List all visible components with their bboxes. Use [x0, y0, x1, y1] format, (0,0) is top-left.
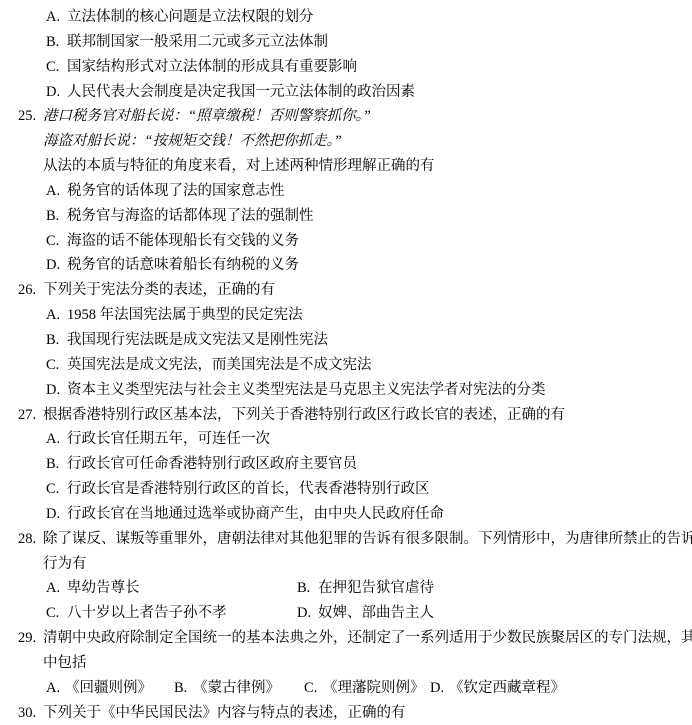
option-label: B. [46, 452, 67, 477]
option-label: C. [46, 55, 67, 80]
option-label: C. [46, 477, 67, 502]
option: A. 《回疆则例》 [46, 676, 174, 701]
option-label: A. [46, 179, 67, 204]
question-stem: 港口税务官对船长说：“照章缴税！否则警察抓你。” [43, 104, 692, 129]
option-row: C. 国家结构形式对立法体制的形成具有重要影响 [46, 55, 692, 80]
question-stem: 除了谋反、谋叛等重罪外，唐朝法律对其他犯罪的告诉有很多限制。下列情形中，为唐律所… [43, 527, 692, 552]
option-text: 联邦制国家一般采用二元或多元立法体制 [67, 30, 328, 55]
question-number: 27. [18, 403, 43, 527]
option-row: A. 税务官的话体现了法的国家意志性 [46, 179, 692, 204]
option-row: A. 立法体制的核心问题是立法权限的划分 [46, 5, 692, 30]
option-text: 八十岁以上者告子孙不孝 [67, 601, 227, 626]
option-label: D. [46, 80, 67, 105]
option-row: C. 海盗的话不能体现船长有交钱的义务 [46, 229, 692, 254]
option-row: D. 税务官的话意味着船长有纳税的义务 [46, 253, 692, 278]
option-text: 行政长官可任命香港特别行政区政府主要官员 [67, 452, 357, 477]
option-text: 奴婢、部曲告主人 [318, 601, 434, 626]
option-text: 人民代表大会制度是决定我国一元立法体制的政治因素 [67, 80, 415, 105]
option-text: 税务官的话意味着船长有纳税的义务 [67, 253, 299, 278]
option-text: 资本主义类型宪法与社会主义类型宪法是马克思主义宪法学者对宪法的分类 [67, 378, 546, 403]
question-stem: 海盗对船长说：“按规矩交钱！不然把你抓走。” [43, 129, 692, 154]
option-row: B. 联邦制国家一般采用二元或多元立法体制 [46, 30, 692, 55]
option-label: A. [46, 676, 65, 701]
option-row: D. 资本主义类型宪法与社会主义类型宪法是马克思主义宪法学者对宪法的分类 [46, 378, 692, 403]
option-row: C. 英国宪法是成文宪法，而美国宪法是不成文宪法 [46, 353, 692, 378]
option-text: 行政长官在当地通过选举或协商产生，由中央人民政府任命 [67, 502, 444, 527]
question-number: 28. [18, 527, 43, 626]
question-number: 29. [18, 626, 43, 701]
option-text: 行政长官任期五年，可连任一次 [67, 427, 270, 452]
option-text: 《回疆则例》 [65, 676, 152, 701]
option-label: B. [174, 676, 193, 701]
option-label: C. [46, 601, 67, 626]
option-row: A. 1958 年法国宪法属于典型的民定宪法 [46, 303, 692, 328]
option-row: B. 我国现行宪法既是成文宪法又是刚性宪法 [46, 328, 692, 353]
question-number: 26. [18, 278, 43, 402]
option-label: D. [46, 502, 67, 527]
option-row: B. 行政长官可任命香港特别行政区政府主要官员 [46, 452, 692, 477]
option-row: A. 卑幼告尊长 B. 在押犯告狱官虐待 [46, 576, 692, 601]
question-stem: 下列关于宪法分类的表述，正确的有 [43, 278, 692, 303]
question-stem: 清朝中央政府除制定全国统一的基本法典之外，还制定了一系列适用于少数民族聚居区的专… [43, 626, 692, 651]
option-label: C. [304, 676, 323, 701]
question-stem: 下列关于《中华民国民法》内容与特点的表述，正确的有 [43, 701, 692, 725]
option-row: A. 《回疆则例》 B. 《蒙古律例》 C. 《理藩院则例》 D. 《钦定西藏章… [46, 676, 692, 701]
option-text: 行政长官是香港特别行政区的首长，代表香港特别行政区 [67, 477, 430, 502]
option: A. 卑幼告尊长 [46, 576, 297, 601]
option-text: 税务官的话体现了法的国家意志性 [67, 179, 285, 204]
question-block-continued: A. 立法体制的核心问题是立法权限的划分 B. 联邦制国家一般采用二元或多元立法… [43, 5, 692, 104]
option-label: B. [46, 328, 67, 353]
question-stem: 从法的本质与特征的角度来看，对上述两种情形理解正确的有 [43, 154, 692, 179]
option-label: A. [46, 5, 67, 30]
question-stem: 根据香港特别行政区基本法，下列关于香港特别行政区行政长官的表述，正确的有 [43, 403, 692, 428]
option-text: 税务官与海盗的话都体现了法的强制性 [67, 204, 314, 229]
option-text: 海盗的话不能体现船长有交钱的义务 [67, 229, 299, 254]
option-text: 立法体制的核心问题是立法权限的划分 [67, 5, 314, 30]
option: D. 奴婢、部曲告主人 [297, 601, 434, 626]
option-label: A. [46, 576, 67, 601]
option: C. 《理藩院则例》 [304, 676, 430, 701]
question-number: 30. [18, 701, 43, 725]
option-text: 我国现行宪法既是成文宪法又是刚性宪法 [67, 328, 328, 353]
option-label: A. [46, 427, 67, 452]
option-text: 1958 年法国宪法属于典型的民定宪法 [67, 303, 303, 328]
option-label: D. [46, 378, 67, 403]
question-stem: 行为有 [43, 552, 692, 577]
question-block-27: 27. 根据香港特别行政区基本法，下列关于香港特别行政区行政长官的表述，正确的有… [0, 403, 692, 527]
option-text: 《钦定西藏章程》 [449, 676, 565, 701]
option-label: C. [46, 229, 67, 254]
question-block-30: 30. 下列关于《中华民国民法》内容与特点的表述，正确的有 [0, 701, 692, 725]
option-text: 《蒙古律例》 [193, 676, 280, 701]
option-label: B. [297, 576, 318, 601]
option-text: 国家结构形式对立法体制的形成具有重要影响 [67, 55, 357, 80]
question-number: 25. [18, 104, 43, 278]
option-row: C. 八十岁以上者告子孙不孝 D. 奴婢、部曲告主人 [46, 601, 692, 626]
option: B. 在押犯告狱官虐待 [297, 576, 434, 601]
option-row: D. 行政长官在当地通过选举或协商产生，由中央人民政府任命 [46, 502, 692, 527]
question-block-29: 29. 清朝中央政府除制定全国统一的基本法典之外，还制定了一系列适用于少数民族聚… [0, 626, 692, 701]
question-block-28: 28. 除了谋反、谋叛等重罪外，唐朝法律对其他犯罪的告诉有很多限制。下列情形中，… [0, 527, 692, 626]
exam-document-page: A. 立法体制的核心问题是立法权限的划分 B. 联邦制国家一般采用二元或多元立法… [0, 0, 692, 725]
option-label: D. [297, 601, 318, 626]
option-text: 卑幼告尊长 [67, 576, 140, 601]
option-label: B. [46, 204, 67, 229]
question-block-25: 25. 港口税务官对船长说：“照章缴税！否则警察抓你。” 海盗对船长说：“按规矩… [0, 104, 692, 278]
question-block-26: 26. 下列关于宪法分类的表述，正确的有 A. 1958 年法国宪法属于典型的民… [0, 278, 692, 402]
option-label: C. [46, 353, 67, 378]
option: B. 《蒙古律例》 [174, 676, 304, 701]
question-stem: 中包括 [43, 651, 692, 676]
option-label: D. [430, 676, 449, 701]
option-text: 《理藩院则例》 [323, 676, 425, 701]
option: D. 《钦定西藏章程》 [430, 676, 565, 701]
option-label: A. [46, 303, 67, 328]
option-row: A. 行政长官任期五年，可连任一次 [46, 427, 692, 452]
option-row: C. 行政长官是香港特别行政区的首长，代表香港特别行政区 [46, 477, 692, 502]
option-text: 英国宪法是成文宪法，而美国宪法是不成文宪法 [67, 353, 372, 378]
option-label: B. [46, 30, 67, 55]
option-label: D. [46, 253, 67, 278]
option: C. 八十岁以上者告子孙不孝 [46, 601, 297, 626]
option-row: B. 税务官与海盗的话都体现了法的强制性 [46, 204, 692, 229]
option-text: 在押犯告狱官虐待 [318, 576, 434, 601]
option-row: D. 人民代表大会制度是决定我国一元立法体制的政治因素 [46, 80, 692, 105]
